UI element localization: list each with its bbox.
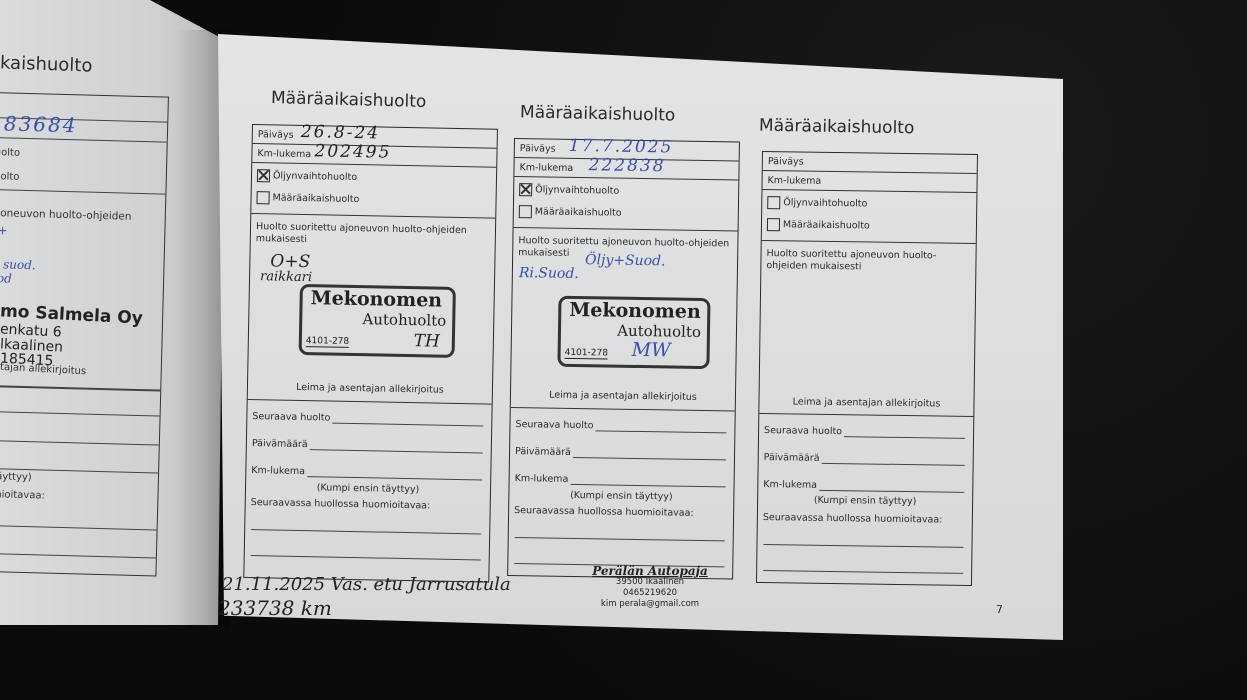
shop-name: Perälän Autopaja xyxy=(590,566,710,577)
section-divider xyxy=(248,399,492,405)
handwritten-km-note: 233738 km xyxy=(218,596,332,620)
shop-city: 39500 Ikaalinen xyxy=(590,577,710,588)
oil-change-checkbox: Öljynvaihtohuolto xyxy=(767,196,867,210)
handwritten-brake-note: 21.11.2025 Vas. etu Jarrusatula xyxy=(222,574,511,595)
next-service-field: Seuraava huolto xyxy=(764,425,965,439)
checkbox-label-periodic: huolto xyxy=(0,171,20,183)
km-value: 222838 xyxy=(588,155,665,176)
blank-rule xyxy=(251,555,481,560)
checkbox-empty-icon xyxy=(519,205,532,218)
rule xyxy=(0,440,159,446)
km-label: Km-lukema xyxy=(257,148,311,160)
periodic-service-checkbox: Määräaikaishuolto xyxy=(256,191,359,206)
blank-rule xyxy=(251,529,481,534)
checkbox-empty-icon xyxy=(767,196,780,209)
stamp-sub: Autohuolto xyxy=(362,310,446,330)
checkbox-empty-icon xyxy=(256,191,269,204)
stamp-sub: Autohuolto xyxy=(617,322,701,341)
next-date-field: Päivämäärä xyxy=(515,446,726,460)
card-3-title: Määräaikaishuolto xyxy=(759,116,915,139)
rule xyxy=(0,553,156,559)
signature-caption: Leima ja asentajan allekirjoitus xyxy=(248,381,492,397)
oil-change-checkbox: Öljynvaihtohuolto xyxy=(257,169,357,184)
oil-change-checkbox: Öljynvaihtohuolto xyxy=(519,183,619,198)
next-service-field: Seuraava huolto xyxy=(252,411,483,426)
stamp-brand: Mekonomen xyxy=(569,299,701,323)
left-page: kaishuolto 183684 huolto huolto ajoneuvo… xyxy=(0,0,225,625)
handwritten-note: . suod. xyxy=(0,257,36,272)
service-card-3: Päiväys Km-lukema Öljynvaihtohuolto Määr… xyxy=(756,151,978,586)
handwritten-note: raikkari xyxy=(260,269,312,285)
rule xyxy=(0,525,157,531)
checkbox-checked-icon xyxy=(519,183,532,196)
km-label: Km-lukema xyxy=(519,162,573,174)
performed-label: Huolto suoritettu ajoneuvon huolto-ohjei… xyxy=(766,248,976,275)
stamp-code: 4101-278 xyxy=(565,348,609,360)
whichever-first: in täyttyy) xyxy=(0,471,32,483)
checkbox-label-oil: huolto xyxy=(0,147,20,159)
row-divider xyxy=(0,385,160,392)
row-divider xyxy=(0,189,165,195)
blank-rule xyxy=(763,544,963,548)
shop-phone: 0465219620 xyxy=(590,588,710,599)
date-label: Päiväys xyxy=(258,129,294,141)
checkbox-empty-icon xyxy=(767,218,780,231)
date-label: Päiväys xyxy=(768,156,804,167)
signature-caption: Leima ja asentajan allekirjoitus xyxy=(511,389,735,404)
next-notes-label: Seuraavassa huollossa huomioitavaa: xyxy=(763,512,993,527)
whichever-first-note: (Kumpi ensin täyttyy) xyxy=(758,494,972,508)
next-date-field: Päivämäärä xyxy=(252,438,483,453)
handwritten-note: Öljy+Suod. xyxy=(585,252,666,269)
stamp-code: 4101-278 xyxy=(306,336,350,348)
km-field: Km-lukema xyxy=(762,171,976,193)
next-notes-label: Seuraavassa huollossa huomioitavaa: xyxy=(514,505,744,521)
date-value: 26.8-24 xyxy=(301,122,381,144)
blank-rule xyxy=(763,570,963,574)
autopaja-stamp: Perälän Autopaja 39500 Ikaalinen 0465219… xyxy=(590,566,710,610)
row-divider xyxy=(0,137,167,143)
section-divider xyxy=(759,413,973,417)
handwritten-note: Ri.Suod. xyxy=(519,265,579,282)
next-km-field: Km-lukema xyxy=(515,473,726,487)
shop-email: kim perala@gmail.com xyxy=(590,599,710,610)
handwritten-note: uod xyxy=(0,271,12,286)
periodic-service-checkbox: Määräaikaishuolto xyxy=(767,218,870,232)
mechanic-signature: TH xyxy=(413,331,440,351)
stamp-brand: Mekonomen xyxy=(310,287,442,312)
date-value: 17.7.2025 xyxy=(569,136,674,158)
checkbox-checked-icon xyxy=(257,169,270,182)
blank-rule xyxy=(515,537,725,541)
rule xyxy=(0,411,160,417)
page-number: 7 xyxy=(996,603,1003,616)
section-divider xyxy=(514,227,738,232)
notes-label: uomioitavaa: xyxy=(0,489,45,502)
whichever-first-note: (Kumpi ensin täyttyy) xyxy=(246,481,490,497)
card-2-title: Määräaikaishuolto xyxy=(520,102,676,125)
service-card-2: Päiväys 17.7.2025 Km-lukema 222838 Öljyn… xyxy=(507,138,740,579)
km-field: Km-lukema 222838 xyxy=(514,158,738,181)
next-km-field: Km-lukema xyxy=(763,479,964,493)
service-card-1: Päiväys 26.8-24 Km-lukema 202495 Öljynva… xyxy=(243,124,498,583)
workshop-stamp: Mekonomen Autohuolto 4101-278 MW xyxy=(557,296,710,369)
handwritten-note: o:+ xyxy=(0,223,8,238)
date-label: Päiväys xyxy=(520,143,556,155)
mechanic-signature: MW xyxy=(632,339,671,362)
periodic-service-checkbox: Määräaikaishuolto xyxy=(519,205,622,220)
next-notes-label: Seuraavassa huollossa huomioitavaa: xyxy=(251,497,481,513)
section-divider xyxy=(511,407,735,412)
section-divider xyxy=(762,240,976,244)
next-date-field: Päivämäärä xyxy=(764,452,965,466)
km-label: Km-lukema xyxy=(768,175,822,187)
km-value: 202495 xyxy=(314,141,391,162)
next-km-field: Km-lukema xyxy=(251,465,482,480)
section-divider xyxy=(251,213,495,219)
performed-label: ajoneuvon huolto-ohjeiden xyxy=(0,207,132,223)
next-service-field: Seuraava huolto xyxy=(515,419,726,433)
signature-caption: Leima ja asentajan allekirjoitus xyxy=(759,396,973,410)
workshop-stamp: Mekonomen Autohuolto 4101-278 TH xyxy=(299,284,456,358)
performed-label: Huolto suoritettu ajoneuvon huolto-ohjei… xyxy=(256,221,486,249)
km-field: Km-lukema 202495 xyxy=(252,144,496,168)
whichever-first-note: (Kumpi ensin täyttyy) xyxy=(509,489,733,504)
card-1-title: Määräaikaishuolto xyxy=(271,88,427,112)
km-value: 183684 xyxy=(0,111,78,137)
left-page-title: kaishuolto xyxy=(0,52,93,76)
